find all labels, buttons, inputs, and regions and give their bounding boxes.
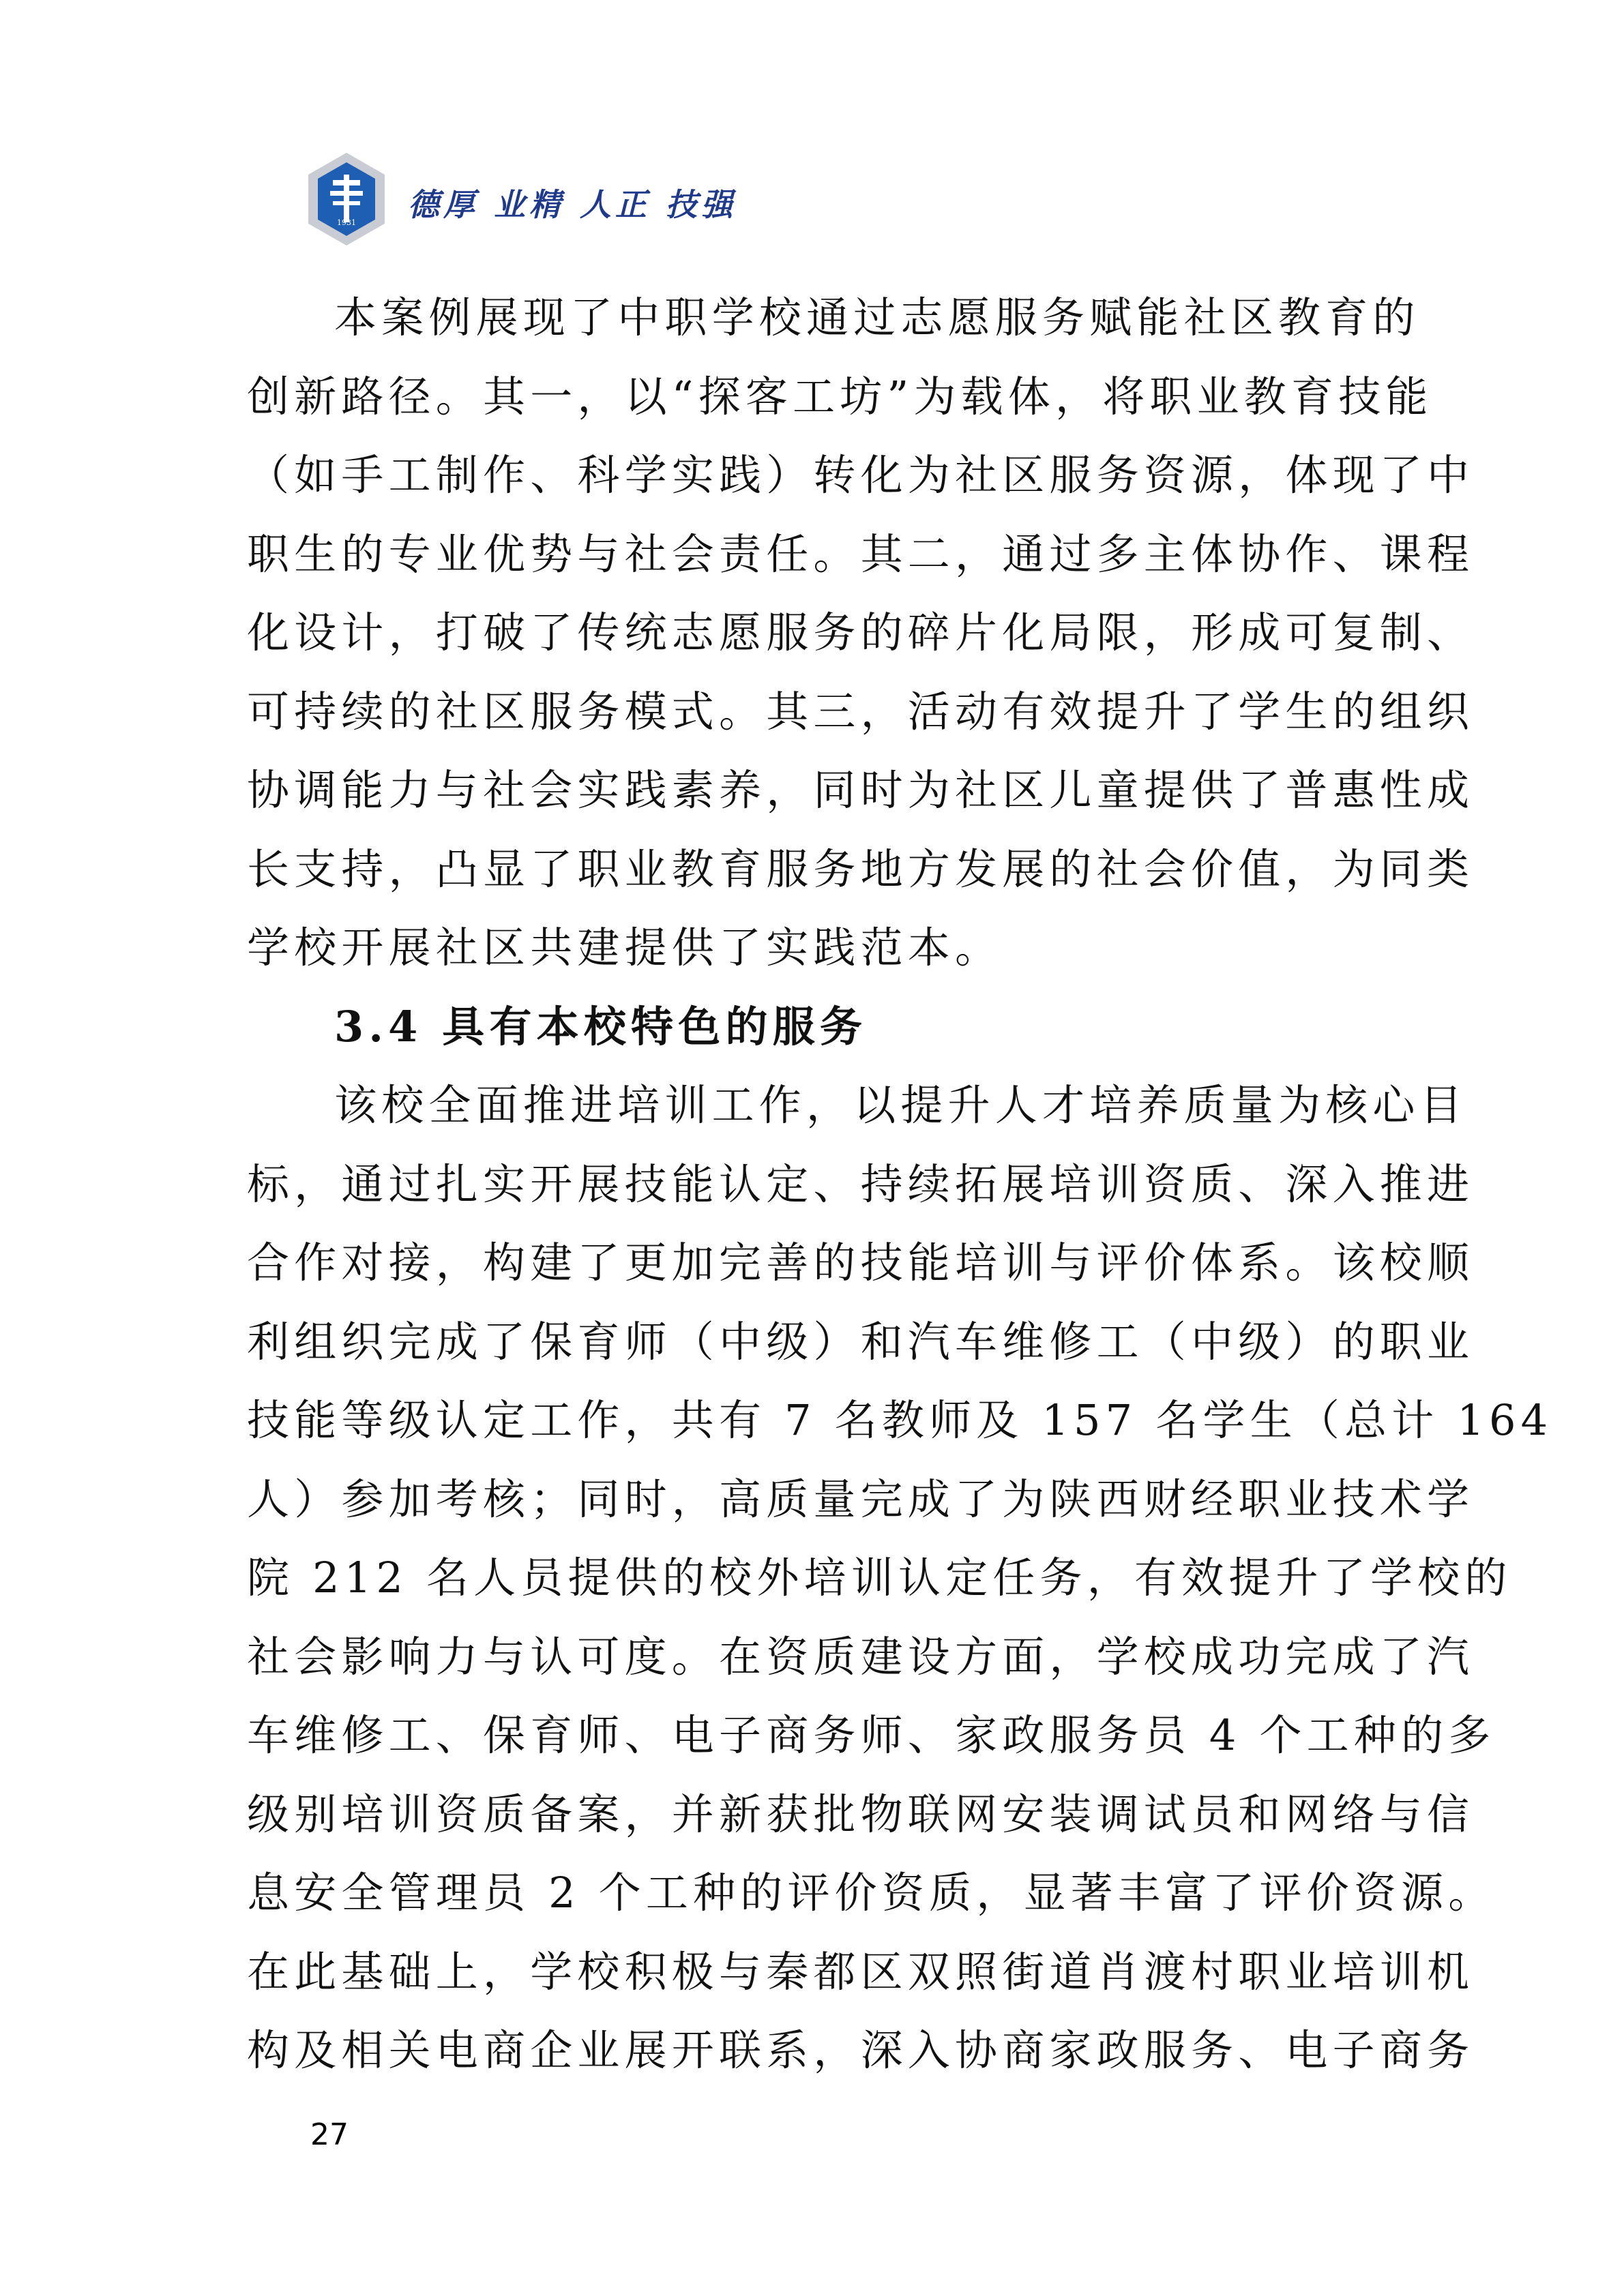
- paragraph-line: 本案例展现了中职学校通过志愿服务赋能社区教育的: [247, 278, 1393, 357]
- paragraph-line: 可持续的社区服务模式。其三，活动有效提升了学生的组织: [247, 672, 1393, 751]
- paragraph-line: 社会影响力与认可度。在资质建设方面，学校成功完成了汽: [247, 1617, 1393, 1697]
- paragraph-line: 创新路径。其一，以“探客工坊”为载体，将职业教育技能: [247, 357, 1393, 436]
- paragraph-line: 级别培训资质备案，并新获批物联网安装调试员和网络与信: [247, 1775, 1393, 1854]
- paragraph-line: （如手工制作、科学实践）转化为社区服务资源，体现了中: [247, 436, 1393, 515]
- paragraph-line: 协调能力与社会实践素养，同时为社区儿童提供了普惠性成: [247, 751, 1393, 830]
- paragraph-line: 车维修工、保育师、电子商务师、家政服务员 4 个工种的多: [247, 1696, 1393, 1775]
- document-body: 本案例展现了中职学校通过志愿服务赋能社区教育的 创新路径。其一，以“探客工坊”为…: [247, 278, 1393, 2090]
- paragraph-line: 长支持，凸显了职业教育服务地方发展的社会价值，为同类: [247, 830, 1393, 909]
- paragraph-line: 职生的专业优势与社会责任。其二，通过多主体协作、课程: [247, 515, 1393, 594]
- page-number: 27: [310, 2117, 349, 2152]
- paragraph-line: 学校开展社区共建提供了实践范本。: [247, 908, 1393, 987]
- svg-text:1931: 1931: [337, 218, 356, 227]
- school-motto: 德厚 业精 人正 技强: [408, 180, 737, 225]
- paragraph-line: 该校全面推进培训工作，以提升人才培养质量为核心目: [247, 1066, 1393, 1145]
- paragraph-line: 标，通过扎实开展技能认定、持续拓展培训资质、深入推进: [247, 1145, 1393, 1224]
- paragraph-line: 技能等级认定工作，共有 7 名教师及 157 名学生（总计 164: [247, 1381, 1393, 1460]
- paragraph-line: 利组织完成了保育师（中级）和汽车维修工（中级）的职业: [247, 1302, 1393, 1382]
- paragraph-line: 化设计，打破了传统志愿服务的碎片化局限，形成可复制、: [247, 593, 1393, 672]
- school-emblem-icon: 1931: [306, 151, 387, 247]
- paragraph-line: 合作对接，构建了更加完善的技能培训与评价体系。该校顺: [247, 1223, 1393, 1302]
- paragraph-line: 构及相关电商企业展开联系，深入协商家政服务、电子商务: [247, 2011, 1393, 2090]
- page-header: 1931 德厚 业精 人正 技强: [306, 151, 756, 247]
- paragraph-line: 院 212 名人员提供的校外培训认定任务，有效提升了学校的: [247, 1538, 1393, 1617]
- paragraph-line: 在此基础上，学校积极与秦都区双照街道肖渡村职业培训机: [247, 1933, 1393, 2012]
- section-heading: 3.4 具有本校特色的服务: [247, 987, 1393, 1067]
- paragraph-line: 息安全管理员 2 个工种的评价资质，显著丰富了评价资源。: [247, 1853, 1393, 1933]
- paragraph-line: 人）参加考核；同时，高质量完成了为陕西财经职业技术学: [247, 1460, 1393, 1539]
